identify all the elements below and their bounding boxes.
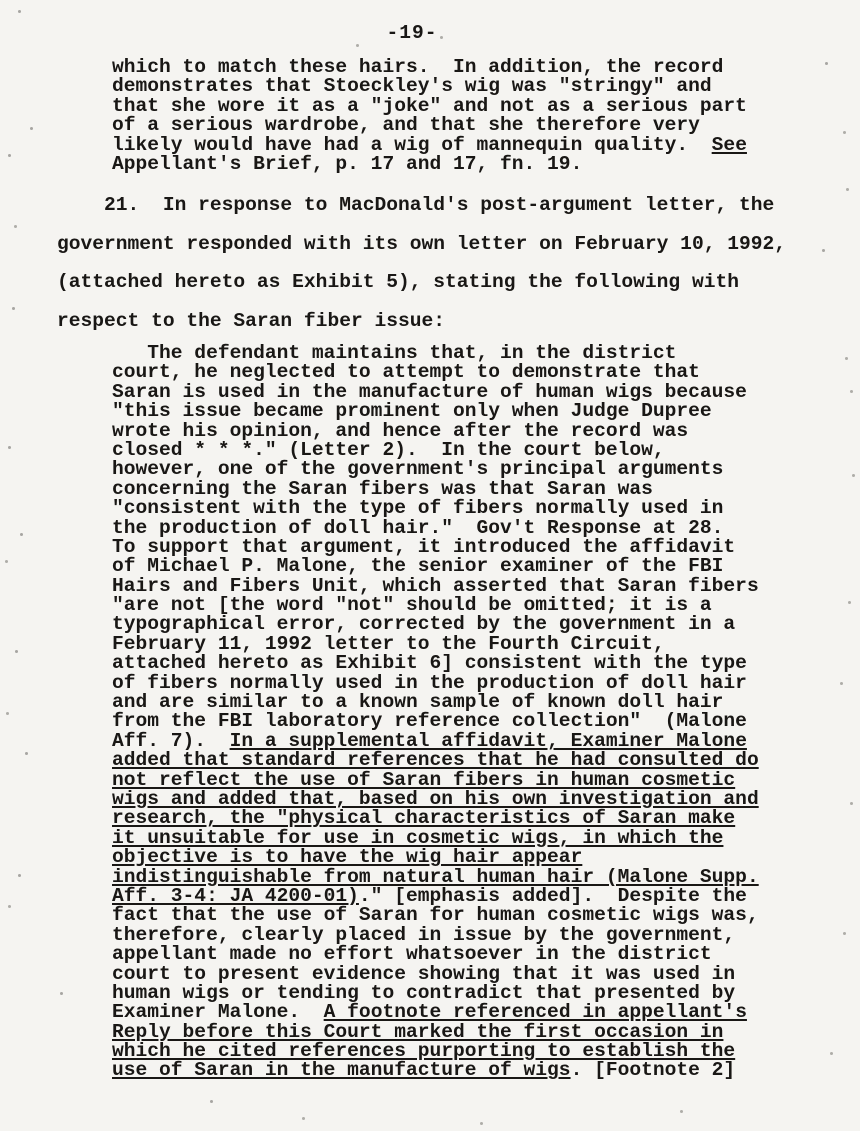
block-quote: The defendant maintains that, in the dis… bbox=[112, 344, 759, 1081]
text-segment: . [Footnote 2] bbox=[571, 1059, 736, 1081]
text-line: (attached hereto as Exhibit 5), stating … bbox=[57, 263, 786, 302]
document-page: -19- which to match these hairs. In addi… bbox=[0, 0, 860, 1131]
underlined-text: See bbox=[712, 134, 747, 156]
text-line: use of Saran in the manufacture of wigs.… bbox=[112, 1061, 759, 1080]
text-line: respect to the Saran fiber issue: bbox=[57, 302, 786, 341]
text-segment: 21. In response to MacDonald's post-argu… bbox=[57, 194, 774, 216]
text-segment: government responded with its own letter… bbox=[57, 233, 786, 255]
underlined-text: use of Saran in the manufacture of wigs bbox=[112, 1059, 571, 1081]
text-line: 21. In response to MacDonald's post-argu… bbox=[57, 186, 786, 225]
text-segment: (attached hereto as Exhibit 5), stating … bbox=[57, 271, 739, 293]
text-line: government responded with its own letter… bbox=[57, 225, 786, 264]
paragraph-21: 21. In response to MacDonald's post-argu… bbox=[57, 186, 786, 340]
text-segment: Appellant's Brief, p. 17 and 17, fn. 19. bbox=[112, 153, 582, 175]
text-segment: respect to the Saran fiber issue: bbox=[57, 310, 445, 332]
page-number: -19- bbox=[0, 22, 824, 44]
text-line: Appellant's Brief, p. 17 and 17, fn. 19. bbox=[112, 155, 747, 174]
paragraph-20-continuation: which to match these hairs. In addition,… bbox=[112, 58, 747, 174]
